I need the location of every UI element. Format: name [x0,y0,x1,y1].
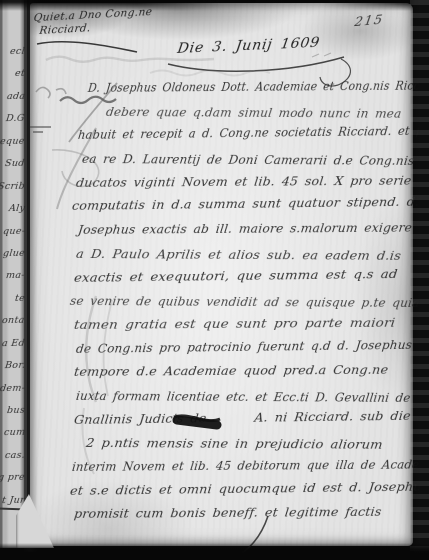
margin-fragment: ada [6,91,26,102]
margin-fragment: Scrib [0,180,26,191]
book-edge-right [410,0,429,560]
body-line: tempore d.e Academiae quod pred.a Cong.n… [73,359,429,385]
body-line: computatis in d.a summa sunt quatuor sti… [71,191,429,219]
margin-fragment: cas. [4,450,25,461]
margin-fragment: g pre [0,472,26,483]
book-edge-top [0,0,429,11]
margin-fragment: eque [0,136,26,147]
margin-fragment: cum [3,427,26,438]
margin-fragment: bus [6,405,25,416]
facing-page-edge: ecl et ada D.G eque Sud Scrib Aly que- g… [0,0,27,548]
facing-page-fragments: ecl et ada D.G eque Sud Scrib Aly que- g… [0,46,25,506]
margin-fragment: Aly [8,203,26,214]
page-number: 215 [354,12,385,29]
margin-fragment: Bor. [4,360,26,371]
body-line: habuit et recepit a d. Cong.ne societati… [77,121,395,149]
body-line: promisit cum bonis beneff. et legitime f… [73,501,429,527]
margin-fragment: ecl [9,46,25,57]
margin-fragment: et [14,68,25,79]
margin-fragment: te [14,293,25,304]
book-edge-bottom [0,543,429,560]
margin-fragment: a Ed [1,337,25,348]
body-line: et s.e dictis et omni quocumque id est d… [69,475,429,503]
margin-fragment: que- [2,225,26,236]
body-line: Josephus exactis ab ill. maiore s.maloru… [77,217,419,243]
margin-fragment: onta [2,315,26,326]
manuscript-body: D. Josephus Oldoneus Dott. Academiae et … [78,77,410,527]
margin-fragment: t Jur [1,495,25,506]
margin-fragment: glue [2,248,25,259]
manuscript-photo: ecl et ada D.G eque Sud Scrib Aly que- g… [0,0,429,560]
margin-fragment: dem- [0,382,26,393]
body-line: exactis et exequutori, que summa est q.s… [73,262,429,290]
margin-fragment: Sud [5,158,26,169]
body-line: Gnallinis Judicis de A. ni Ricciard. sub… [73,404,429,432]
margin-fragment: D.G [6,113,26,124]
margin-fragment: ma- [6,270,26,281]
body-line: D. Josephus Oldoneus Dott. Academiae et … [87,75,380,101]
body-line: de Cong.nis pro patrocinio fuerunt q.d d… [75,333,412,361]
